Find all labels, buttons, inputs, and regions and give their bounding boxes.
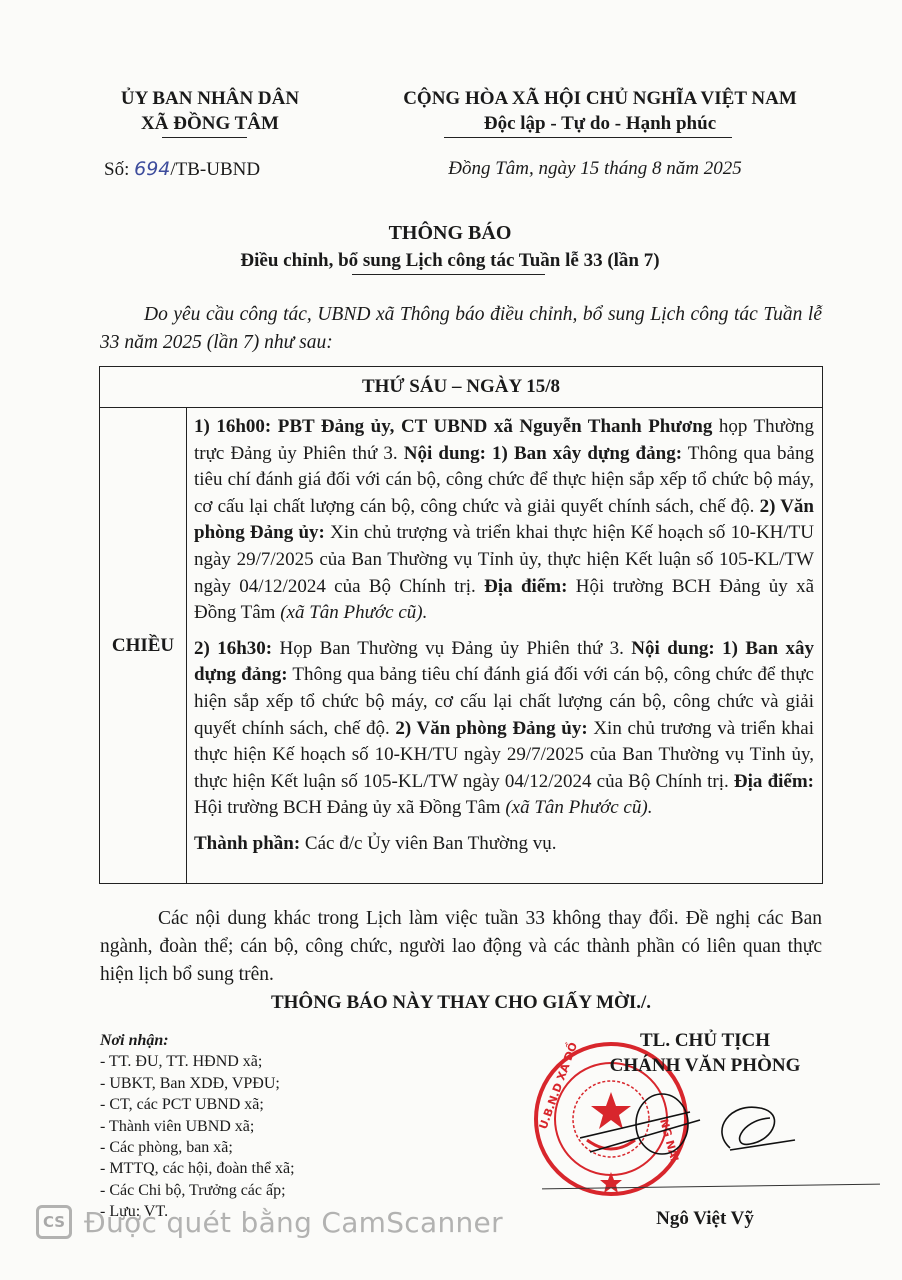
recipients-heading: Nơi nhận: (100, 1030, 295, 1051)
camscanner-watermark: CS Được quét bằng CamScanner (36, 1205, 503, 1239)
document-title: THÔNG BÁO (100, 222, 800, 245)
schedule-table: THỨ SÁU – NGÀY 15/8 CHIỀU 1) 16h00: PBT … (99, 366, 823, 884)
recipient-item: - UBKT, Ban XDĐ, VPĐU; (100, 1073, 295, 1094)
intro-paragraph: Do yêu cầu công tác, UBND xã Thông báo đ… (100, 301, 822, 357)
schedule-item: 1) 16h00: PBT Đảng ủy, CT UBND xã Nguyễn… (194, 414, 814, 627)
issuer-underline (162, 137, 247, 138)
schedule-content: 1) 16h00: PBT Đảng ủy, CT UBND xã Nguyễn… (194, 414, 814, 867)
issuer-line1: ỦY BAN NHÂN DÂN (70, 86, 350, 111)
day-header: THỨ SÁU – NGÀY 15/8 (100, 367, 822, 408)
schedule-item: 2) 16h30: Họp Ban Thường vụ Đảng ủy Phiê… (194, 636, 814, 822)
recipient-item: - Thành viên UBND xã; (100, 1116, 295, 1137)
motto-underline (444, 137, 732, 138)
signatory-title: TL. CHỦ TỊCH CHÁNH VĂN PHÒNG (560, 1028, 850, 1078)
number-suffix: /TB-UBND (170, 159, 260, 180)
issuer-line2: XÃ ĐỒNG TÂM (70, 111, 350, 136)
participants: Thành phần: Các đ/c Ủy viên Ban Thường v… (194, 831, 814, 858)
session-label: CHIỀU (100, 635, 186, 657)
signatory-line1: TL. CHỦ TỊCH (560, 1028, 850, 1053)
recipient-item: - Các Chi bộ, Trưởng các ấp; (100, 1180, 295, 1201)
handwritten-number: 694 (134, 158, 170, 180)
recipient-item: - TT. ĐU, TT. HĐND xã; (100, 1051, 295, 1072)
watermark-text: Được quét bằng CamScanner (84, 1206, 503, 1239)
recipients-block: Nơi nhận: - TT. ĐU, TT. HĐND xã; - UBKT,… (100, 1030, 295, 1223)
camscanner-logo-icon: CS (36, 1205, 72, 1239)
closing-paragraph: Các nội dung khác trong Lịch làm việc tu… (100, 905, 822, 989)
recipient-item: - Các phòng, ban xã; (100, 1137, 295, 1158)
session-cell: CHIỀU (100, 407, 187, 883)
national-motto-block: CỘNG HÒA XÃ HỘI CHỦ NGHĨA VIỆT NAM Độc l… (360, 86, 840, 136)
nation-name: CỘNG HÒA XÃ HỘI CHỦ NGHĨA VIỆT NAM (360, 86, 840, 111)
recipient-item: - CT, các PCT UBND xã; (100, 1094, 295, 1115)
place-date: Đồng Tâm, ngày 15 tháng 8 năm 2025 (385, 158, 805, 180)
issuer-block: ỦY BAN NHÂN DÂN XÃ ĐỒNG TÂM (70, 86, 350, 136)
motto: Độc lập - Tự do - Hạnh phúc (360, 111, 840, 136)
signer-name: Ngô Việt Vỹ (580, 1208, 830, 1230)
number-prefix: Số: (104, 159, 134, 180)
document-subtitle: Điều chỉnh, bổ sung Lịch công tác Tuần l… (100, 250, 800, 272)
subtitle-underline (352, 274, 545, 275)
recipient-item: - MTTQ, các hội, đoàn thể xã; (100, 1158, 295, 1179)
document-number: Số: 694/TB-UBND (104, 158, 260, 181)
notice-line: THÔNG BÁO NÀY THAY CHO GIẤY MỜI./. (100, 992, 822, 1014)
signatory-line2: CHÁNH VĂN PHÒNG (560, 1053, 850, 1078)
handwritten-signature-icon (580, 1090, 810, 1160)
